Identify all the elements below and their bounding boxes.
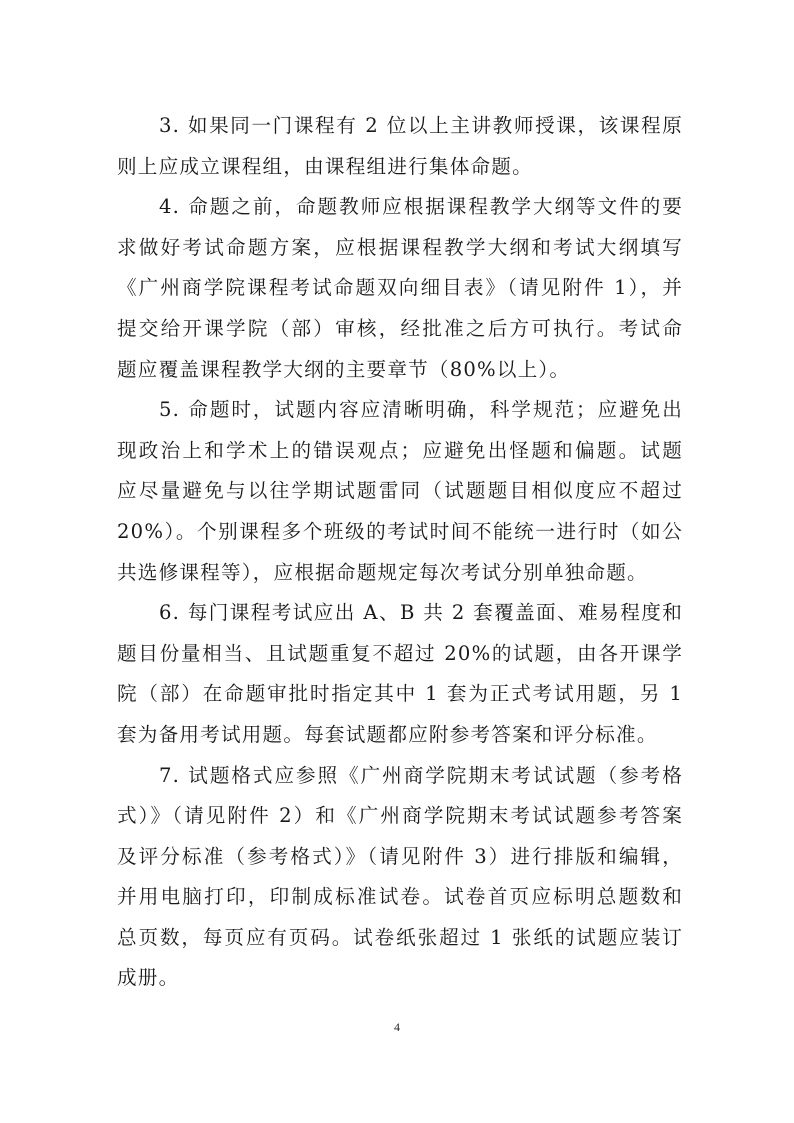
text-line: 式）》（请见附件 2）和《广州商学院期末考试试题参考答案 [117, 796, 683, 837]
text-line: 求做好考试命题方案，应根据课程教学大纲和考试大纲填写 [117, 228, 683, 269]
text-line: 题目份量相当、且试题重复不超过 20%的试题，由各开课学 [117, 634, 683, 675]
text-line: 《广州商学院课程考试命题双向细目表》（请见附件 1），并 [117, 268, 683, 309]
paragraph-item-4: 4. 命题之前，命题教师应根据课程教学大纲等文件的要 求做好考试命题方案，应根据… [117, 187, 683, 390]
text-line: 现政治上和学术上的错误观点；应避免出怪题和偏题。试题 [117, 431, 683, 472]
text-line: 3. 如果同一门课程有 2 位以上主讲教师授课，该课程原 [117, 106, 683, 147]
text-line: 及评分标准（参考格式）》（请见附件 3）进行排版和编辑， [117, 837, 683, 878]
text-line: 总页数，每页应有页码。试卷纸张超过 1 张纸的试题应装订 [117, 918, 683, 959]
text-line: 6. 每门课程考试应出 A、B 共 2 套覆盖面、难易程度和 [117, 593, 683, 634]
document-body: 3. 如果同一门课程有 2 位以上主讲教师授课，该课程原 则上应成立课程组，由课… [117, 106, 683, 999]
text-line: 则上应成立课程组，由课程组进行集体命题。 [117, 147, 683, 188]
text-line: 5. 命题时，试题内容应清晰明确，科学规范；应避免出 [117, 390, 683, 431]
paragraph-item-5: 5. 命题时，试题内容应清晰明确，科学规范；应避免出 现政治上和学术上的错误观点… [117, 390, 683, 593]
document-page: 3. 如果同一门课程有 2 位以上主讲教师授课，该课程原 则上应成立课程组，由课… [0, 0, 794, 1123]
text-line: 7. 试题格式应参照《广州商学院期末考试试题（参考格 [117, 756, 683, 797]
text-line: 20%）。个别课程多个班级的考试时间不能统一进行时（如公 [117, 512, 683, 553]
text-line: 并用电脑打印，印制成标准试卷。试卷首页应标明总题数和 [117, 877, 683, 918]
text-line: 共选修课程等），应根据命题规定每次考试分别单独命题。 [117, 553, 683, 594]
paragraph-item-6: 6. 每门课程考试应出 A、B 共 2 套覆盖面、难易程度和 题目份量相当、且试… [117, 593, 683, 755]
text-line: 套为备用考试用题。每套试题都应附参考答案和评分标准。 [117, 715, 683, 756]
paragraph-item-7: 7. 试题格式应参照《广州商学院期末考试试题（参考格 式）》（请见附件 2）和《… [117, 756, 683, 1000]
text-line: 提交给开课学院（部）审核，经批准之后方可执行。考试命 [117, 309, 683, 350]
text-line: 院（部）在命题审批时指定其中 1 套为正式考试用题，另 1 [117, 674, 683, 715]
paragraph-item-3: 3. 如果同一门课程有 2 位以上主讲教师授课，该课程原 则上应成立课程组，由课… [117, 106, 683, 187]
text-line: 题应覆盖课程教学大纲的主要章节（80%以上）。 [117, 350, 683, 391]
text-line: 应尽量避免与以往学期试题雷同（试题题目相似度应不超过 [117, 471, 683, 512]
text-line: 成册。 [117, 958, 683, 999]
text-line: 4. 命题之前，命题教师应根据课程教学大纲等文件的要 [117, 187, 683, 228]
page-number: 4 [0, 1020, 794, 1035]
